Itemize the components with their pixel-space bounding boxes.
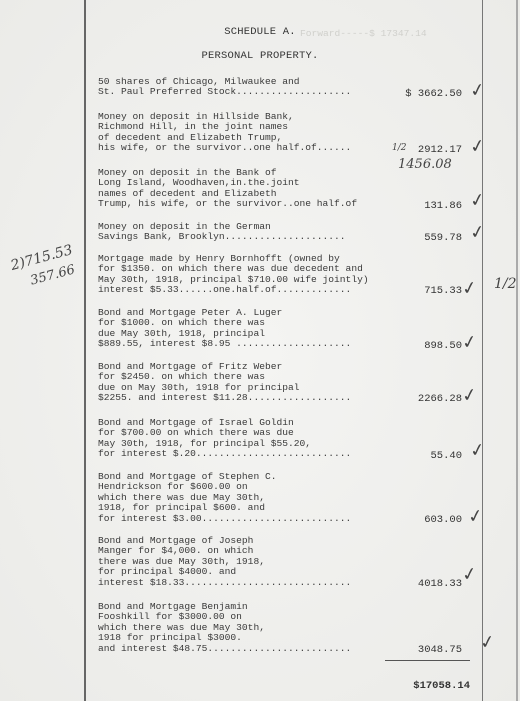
entry-luger-mortgage: Bond and Mortgage Peter A. Luger for $10…	[98, 308, 398, 350]
schedule-heading: SCHEDULE A.	[0, 26, 520, 38]
check-mark-icon: ✓	[468, 135, 487, 158]
entry-bornhofft-mortgage: Mortgage made by Henry Bornhofft (owned …	[98, 254, 398, 296]
entry-hendrickson-mortgage: Bond and Mortgage of Stephen C. Hendrick…	[98, 472, 398, 524]
section-heading: PERSONAL PROPERTY.	[0, 50, 520, 62]
left-margin-rule	[84, 0, 86, 701]
entry-fooshkill-mortgage: Bond and Mortgage Benjamin Fooshkill for…	[98, 602, 398, 654]
handwritten-half-amount: 1456.08	[398, 157, 452, 172]
entry-goldin-mortgage: Bond and Mortgage of Israel Goldin for $…	[98, 418, 398, 460]
handwritten-right-fraction: 1/2	[494, 276, 517, 292]
right-column-rule	[482, 0, 483, 701]
amount-weber-mortgage: 2266.28	[392, 393, 462, 405]
entry-manger-mortgage: Bond and Mortgage of Joseph Manger for $…	[98, 536, 398, 588]
check-mark-icon: ✓	[468, 189, 487, 212]
check-mark-icon: ✓	[468, 79, 487, 102]
total-rule	[385, 660, 470, 661]
amount-bornhofft-mortgage: 715.33	[392, 285, 462, 297]
check-mark-icon: ✓	[460, 384, 479, 407]
entry-hillside-bank: Money on deposit in Hillside Bank, Richm…	[98, 112, 398, 154]
check-mark-icon: ✓	[468, 439, 487, 462]
grand-total: $17058.14	[380, 680, 470, 692]
entry-bank-of-long-island: Money on deposit in the Bank of Long Isl…	[98, 168, 398, 210]
check-mark-icon: ✓	[468, 221, 487, 244]
document-page: Forward-----$ 17347.14 SCHEDULE A. PERSO…	[0, 0, 520, 701]
amount-fooshkill-mortgage: 3048.75	[392, 644, 462, 656]
check-mark-icon: ✓	[460, 331, 479, 354]
entry-stock: 50 shares of Chicago, Milwaukee and St. …	[98, 77, 398, 98]
check-mark-icon: ✓	[478, 631, 497, 654]
amount-stock: $ 3662.50	[392, 88, 462, 100]
page-edge-rule	[516, 0, 518, 701]
amount-german-savings-bank: 559.78	[392, 232, 462, 244]
amount-manger-mortgage: 4018.33	[392, 578, 462, 590]
amount-hendrickson-mortgage: 603.00	[392, 514, 462, 526]
entry-german-savings-bank: Money on deposit in the German Savings B…	[98, 222, 398, 243]
amount-goldin-mortgage: 55.40	[392, 450, 462, 462]
amount-bank-of-long-island: 131.86	[392, 200, 462, 212]
amount-luger-mortgage: 898.50	[392, 340, 462, 352]
check-mark-icon: ✓	[460, 277, 479, 300]
entry-weber-mortgage: Bond and Mortgage of Fritz Weber for $24…	[98, 362, 398, 404]
check-mark-icon: ✓	[460, 563, 479, 586]
handwritten-fraction: 1/2	[392, 143, 406, 153]
